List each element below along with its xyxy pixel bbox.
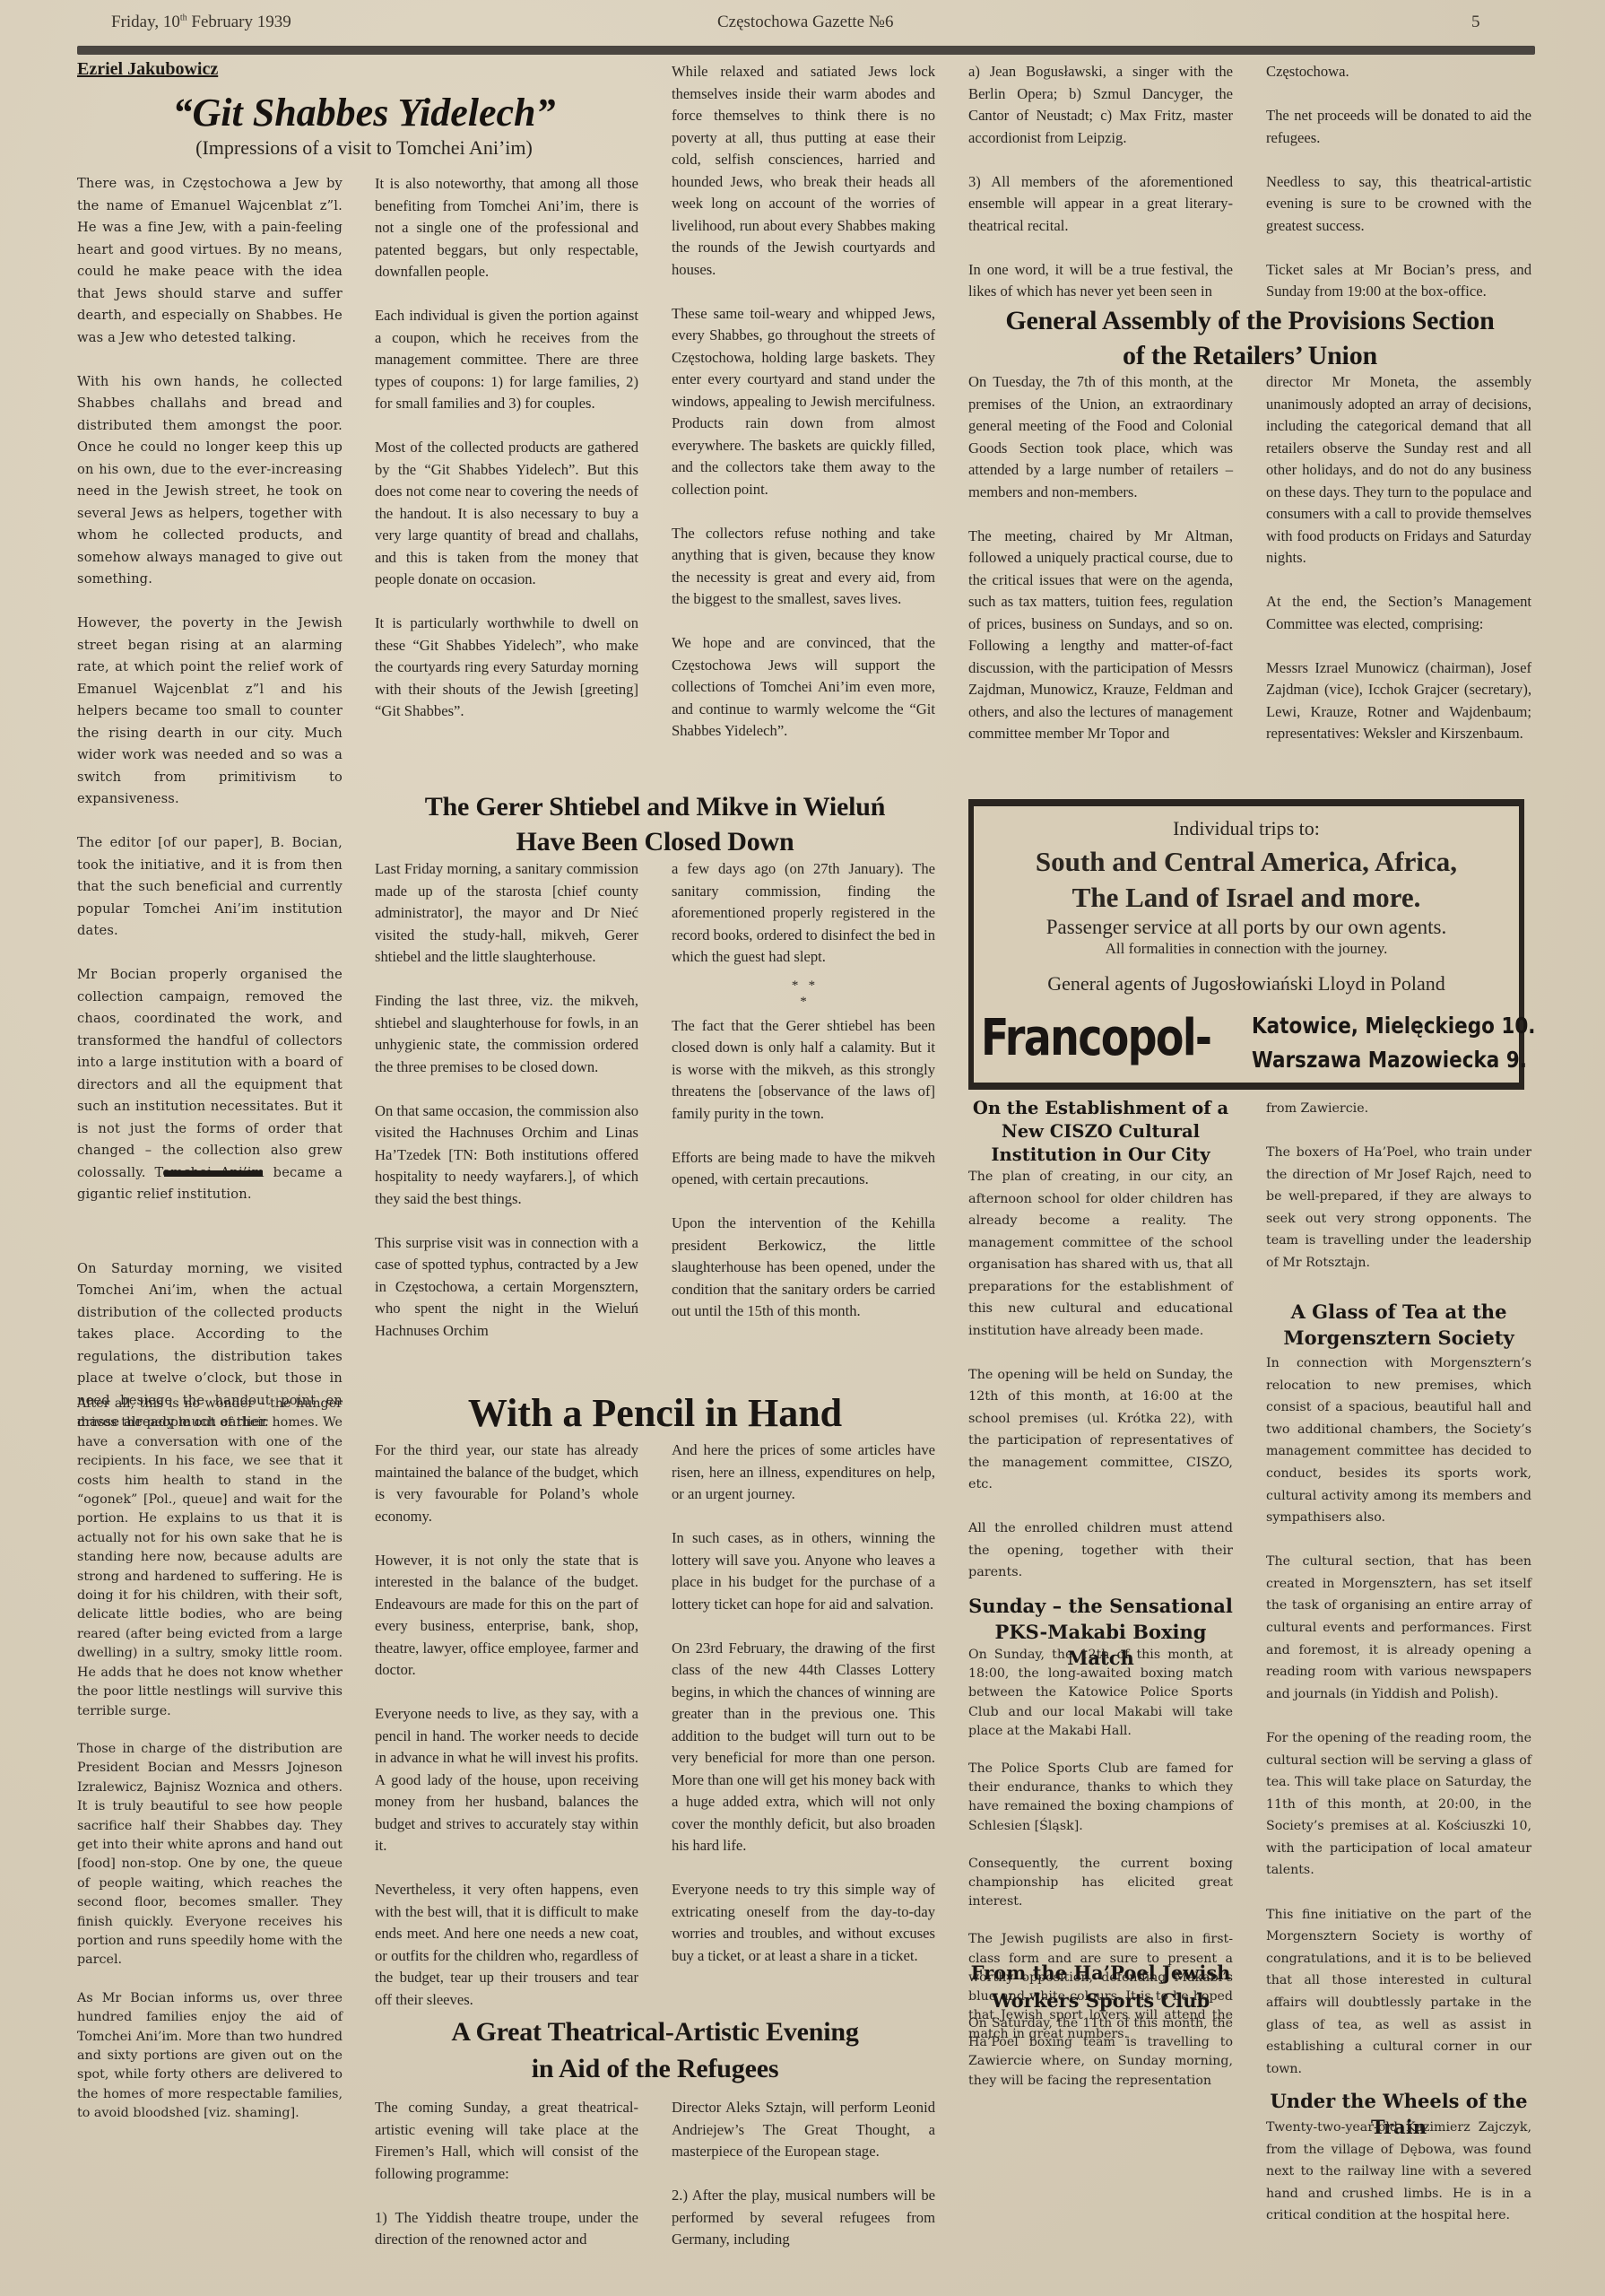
tea-headline: A Glass of Tea at theMorgensztern Societ… [1266,1299,1531,1351]
paragraph: Ticket sales at Mr Bocian’s press, and S… [1266,259,1531,303]
paragraph: director Mr Moneta, the assembly unanimo… [1266,371,1531,570]
paragraph: It is particularly worthwhile to dwell o… [375,613,638,723]
paragraph: And here the prices of some articles hav… [672,1439,935,1506]
section-separator [164,1170,263,1177]
travel-advertisement: Individual trips to: South and Central A… [968,799,1524,1090]
paragraph: The opening will be held on Sunday, the … [968,1364,1233,1496]
paragraph: a few days ago (on 27th January). The sa… [672,858,935,969]
paragraph: However, it is not only the state that i… [375,1550,638,1682]
article1-column-1-cont: After all, this is no wonder – the hunge… [77,1395,343,2143]
advert-address: Katowice, Mielęckiego 10. [1252,1013,1535,1039]
pencil-column-1: For the third year, our state has alread… [375,1439,638,2033]
paragraph: However, the poverty in the Jewish stree… [77,613,343,811]
header-rule [77,46,1535,55]
paragraph: The net proceeds will be donated to aid … [1266,105,1531,149]
article1-column-3: While relaxed and satiated Jews lock the… [672,61,935,764]
page-number: 5 [1471,13,1480,32]
article-title: “Git Shabbes Yidelech” [77,90,651,135]
ciszo-headline: On the Establishment of aNew CISZO Cultu… [968,1097,1233,1167]
paragraph: 1) The Yiddish theatre troupe, under the… [375,2207,638,2251]
paragraph: Everyone needs to try this simple way of… [672,1879,935,1967]
paragraph: In connection with Morgensztern’s reloca… [1266,1352,1531,1529]
train-column: Twenty-two-year-old Kazimierz Zajczyk, f… [1266,2117,1531,2248]
paragraph: Twenty-two-year-old Kazimierz Zajczyk, f… [1266,2117,1531,2227]
paragraph: This fine initiative on the part of the … [1266,1904,1531,2081]
section-asterism: * ** [672,978,935,1010]
assembly-column-1: On Tuesday, the 7th of this month, at th… [968,371,1233,767]
hapoel-headline: From the Ha’Poel JewishWorkers Sports Cl… [968,1959,1233,2014]
paragraph: Nevertheless, it very often happens, eve… [375,1879,638,2011]
paragraph: This surprise visit was in connection wi… [375,1232,638,1343]
paragraph: For the opening of the reading room, the… [1266,1727,1531,1882]
paragraph: It is also noteworthy, that among all th… [375,173,638,283]
newspaper-name: Częstochowa Gazette №6 [717,13,893,32]
article-subtitle: (Impressions of a visit to Tomchei Ani’i… [77,136,651,160]
ciszo-column: The plan of creating, in our city, an af… [968,1166,1233,1605]
article1-column-1: There was, in Częstochowa a Jew by the n… [77,173,343,1456]
gerer-column-2: a few days ago (on 27th January). The sa… [672,858,935,1344]
advert-brand-logo: Francopol- [981,1009,1210,1067]
paragraph: Finding the last three, viz. the mikveh,… [375,990,638,1078]
paragraph: 3) All members of the aforementioned ens… [968,171,1233,238]
theatre-headline: A Great Theatrical-Artistic Eveningin Ai… [375,2013,935,2087]
paragraph: Everyone needs to live, as they say, wit… [375,1703,638,1857]
paragraph: We hope and are convinced, that the Częs… [672,632,935,743]
paragraph: a) Jean Bogusławski, a singer with the B… [968,61,1233,149]
paragraph: The plan of creating, in our city, an af… [968,1166,1233,1342]
pencil-column-2: And here the prices of some articles hav… [672,1439,935,1989]
gerer-column-1: Last Friday morning, a sanitary commissi… [375,858,638,1364]
paragraph: With his own hands, he collected Shabbes… [77,371,343,591]
paragraph: Director Aleks Sztajn, will perform Leon… [672,2097,935,2163]
paragraph: On Sunday, the 12th of this month, at 18… [968,1646,1233,1741]
advert-line: Passenger service at all ports by our ow… [974,916,1519,939]
paragraph: There was, in Częstochowa a Jew by the n… [77,173,343,349]
gerer-headline: The Gerer Shtiebel and Mikve in WieluńHa… [375,789,935,859]
paragraph: Consequently, the current boxing champio… [968,1855,1233,1912]
paragraph: All the enrolled children must attend th… [968,1518,1233,1584]
advert-destinations: South and Central America, Africa,The La… [974,844,1519,916]
hapoel-column-1: On Saturday, the 11th of this month, the… [968,2014,1233,2109]
theatre-column-4: Częstochowa. The net proceeds will be do… [1266,61,1531,325]
paragraph: After all, this is no wonder – the hunge… [77,1395,343,1721]
theatre-column-2: Director Aleks Sztajn, will perform Leon… [672,2097,935,2273]
article1-column-2: It is also noteworthy, that among all th… [375,173,638,744]
paragraph: For the third year, our state has alread… [375,1439,638,1527]
paragraph: On Saturday, the 11th of this month, the… [968,2014,1233,2091]
paragraph: Needless to say, this theatrical-artisti… [1266,171,1531,238]
issue-date: Friday, 10th February 1939 [111,13,291,32]
paragraph: Last Friday morning, a sanitary commissi… [375,858,638,969]
paragraph: Each individual is given the portion aga… [375,305,638,415]
paragraph: The fact that the Gerer shtiebel has bee… [672,1015,935,1126]
advert-line: Individual trips to: [974,817,1519,840]
advert-line: All formalities in connection with the j… [974,939,1519,959]
paragraph: The cultural section, that has been crea… [1266,1551,1531,1705]
assembly-headline: General Assembly of the Provisions Secti… [968,303,1531,373]
paragraph: The editor [of our paper], B. Bocian, to… [77,832,343,943]
paragraph: The meeting, chaired by Mr Altman, follo… [968,526,1233,745]
paragraph: In one word, it will be a true festival,… [968,259,1233,303]
paragraph: As Mr Bocian informs us, over three hund… [77,1989,343,2124]
paragraph: In such cases, as in others, winning the… [672,1527,935,1615]
paragraph: The boxers of Ha’Poel, who train under t… [1266,1142,1531,1274]
paragraph: While relaxed and satiated Jews lock the… [672,61,935,281]
article-byline: Ezriel Jakubowicz [77,59,218,80]
advert-address: Warszawa Mazowiecka 9. [1252,1047,1527,1073]
theatre-column-3: a) Jean Bogusławski, a singer with the B… [968,61,1233,325]
paragraph: The collectors refuse nothing and take a… [672,523,935,611]
pencil-headline: With a Pencil in Hand [375,1390,935,1437]
paragraph: Efforts are being made to have the mikve… [672,1147,935,1191]
paragraph: 2.) After the play, musical numbers will… [672,2185,935,2251]
paragraph: Those in charge of the distribution are … [77,1740,343,1970]
paragraph: Upon the intervention of the Kehilla pre… [672,1213,935,1323]
paragraph: The Police Sports Club are famed for the… [968,1760,1233,1836]
hapoel-column-2: from Zawiercie. The boxers of Ha’Poel, w… [1266,1098,1531,1296]
tea-column: In connection with Morgensztern’s reloca… [1266,1352,1531,2087]
assembly-column-2: director Mr Moneta, the assembly unanimo… [1266,371,1531,767]
paragraph: At the end, the Section’s Management Com… [1266,591,1531,635]
paragraph: On 23rd February, the drawing of the fir… [672,1638,935,1857]
paragraph: Messrs Izrael Munowicz (chairman), Josef… [1266,657,1531,745]
paragraph: On Tuesday, the 7th of this month, at th… [968,371,1233,503]
paragraph: Częstochowa. [1266,61,1531,83]
advert-line: General agents of Jugosłowiański Lloyd i… [974,971,1519,996]
theatre-column-1: The coming Sunday, a great theatrical-ar… [375,2097,638,2273]
paragraph: Most of the collected products are gathe… [375,437,638,591]
paragraph: The coming Sunday, a great theatrical-ar… [375,2097,638,2185]
paragraph: from Zawiercie. [1266,1098,1531,1120]
paragraph: On that same occasion, the commission al… [375,1100,638,1211]
paragraph: These same toil-weary and whipped Jews, … [672,303,935,501]
